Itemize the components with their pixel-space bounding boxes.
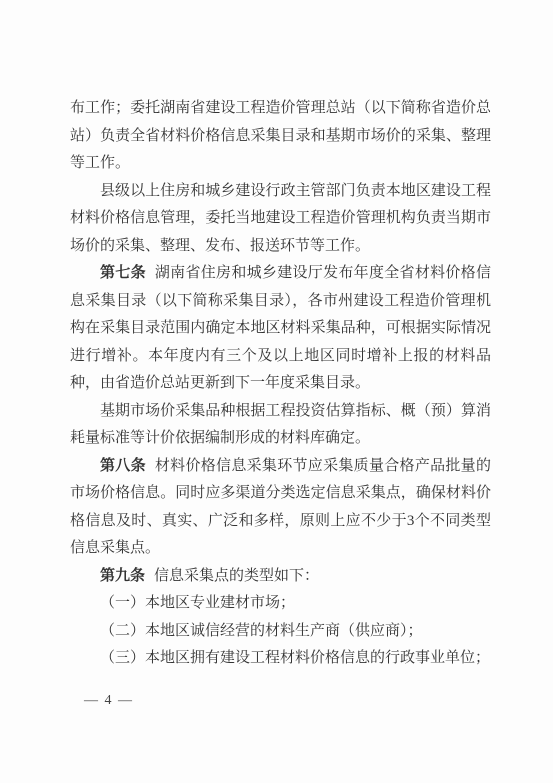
paragraph: 第八条材料价格信息采集环节应采集质量合格产品批量的市场价格信息。同时应多渠道分类… [70, 453, 491, 563]
paragraph: 县级以上住房和城乡建设行政主管部门负责本地区建设工程材料价格信息管理，委托当地建… [70, 178, 491, 261]
paragraph-text: 信息采集点的类型如下： [154, 568, 319, 584]
paragraph-text: 基期市场价采集品种根据工程投资估算指标、概（预）算消耗量标准等计价依据编制形成的… [70, 403, 491, 447]
page-number-footer: — 4 — [84, 692, 134, 710]
paragraph: 第九条信息采集点的类型如下： [70, 563, 491, 591]
article-number: 第八条 [100, 458, 146, 474]
paragraph-text: 湖南省住房和城乡建设厅发布年度全省材料价格信息采集目录（以下简称采集目录），各市… [70, 265, 491, 391]
paragraph: （一）本地区专业建材市场； [70, 590, 491, 618]
article-number: 第七条 [100, 265, 146, 281]
paragraph: 布工作；委托湖南省建设工程造价管理总站（以下简称省造价总站）负责全省材料价格信息… [70, 95, 491, 178]
document-page: 布工作；委托湖南省建设工程造价管理总站（以下简称省造价总站）负责全省材料价格信息… [0, 0, 553, 783]
paragraph-text: （一）本地区专业建材市场； [100, 595, 295, 611]
paragraph-text: 县级以上住房和城乡建设行政主管部门负责本地区建设工程材料价格信息管理，委托当地建… [70, 183, 491, 254]
paragraph: （三）本地区拥有建设工程材料价格信息的行政事业单位； [70, 645, 491, 673]
paragraph: （二）本地区诚信经营的材料生产商（供应商）； [70, 618, 491, 646]
document-body: 布工作；委托湖南省建设工程造价管理总站（以下简称省造价总站）负责全省材料价格信息… [70, 95, 491, 673]
paragraph-text: （三）本地区拥有建设工程材料价格信息的行政事业单位； [100, 650, 490, 666]
paragraph-text: 布工作；委托湖南省建设工程造价管理总站（以下简称省造价总站）负责全省材料价格信息… [70, 100, 491, 171]
paragraph: 第七条湖南省住房和城乡建设厅发布年度全省材料价格信息采集目录（以下简称采集目录）… [70, 260, 491, 398]
paragraph-text: （二）本地区诚信经营的材料生产商（供应商）； [100, 623, 423, 639]
paragraph: 基期市场价采集品种根据工程投资估算指标、概（预）算消耗量标准等计价依据编制形成的… [70, 398, 491, 453]
article-number: 第九条 [100, 568, 145, 584]
